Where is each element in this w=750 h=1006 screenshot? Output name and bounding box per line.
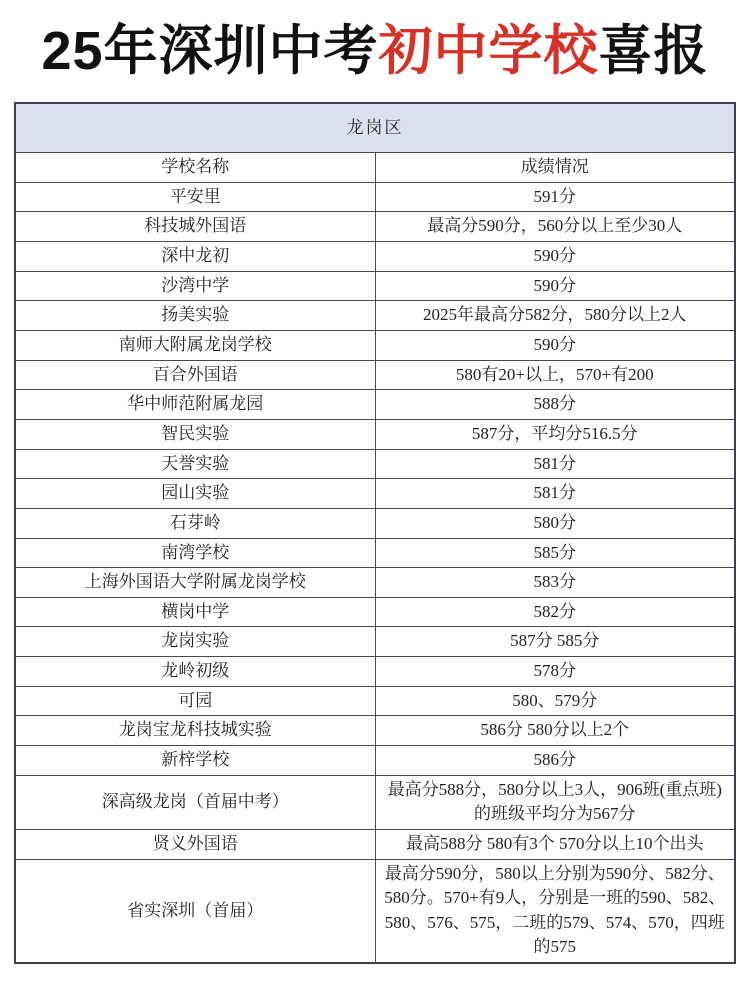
column-header-row: 学校名称 成绩情况 xyxy=(15,153,735,183)
school-name-cell: 可园 xyxy=(15,686,375,716)
score-cell: 590分 xyxy=(375,242,735,272)
title-suffix: 喜报 xyxy=(599,21,709,81)
table-row: 华中师范附属龙园 588分 xyxy=(15,390,735,420)
table-row: 省实深圳（首届） 最高分590分，580以上分别为590分、582分、580分。… xyxy=(15,859,735,963)
school-name-cell: 平安里 xyxy=(15,182,375,212)
school-name-cell: 扬美实验 xyxy=(15,301,375,331)
school-name-cell: 天誉实验 xyxy=(15,449,375,479)
table-row: 龙岗宝龙科技城实验 586分 580分以上2个 xyxy=(15,716,735,746)
column-header-result: 成绩情况 xyxy=(375,153,735,183)
results-table: 龙岗区 学校名称 成绩情况 平安里 591分 科技城外国语 最高分590分，56… xyxy=(14,102,736,964)
table-row: 百合外国语 580有20+以上，570+有200 xyxy=(15,360,735,390)
table-row: 扬美实验 2025年最高分582分，580分以上2人 xyxy=(15,301,735,331)
region-header: 龙岗区 xyxy=(15,103,735,153)
score-cell: 582分 xyxy=(375,597,735,627)
school-name-cell: 龙岭初级 xyxy=(15,657,375,687)
school-name-cell: 华中师范附属龙园 xyxy=(15,390,375,420)
school-name-cell: 智民实验 xyxy=(15,419,375,449)
score-cell: 580有20+以上，570+有200 xyxy=(375,360,735,390)
score-cell: 588分 xyxy=(375,390,735,420)
score-cell: 最高分588分，580分以上3人，906班(重点班)的班级平均分为567分 xyxy=(375,775,735,829)
region-header-row: 龙岗区 xyxy=(15,103,735,153)
score-cell: 580、579分 xyxy=(375,686,735,716)
school-name-cell: 龙岗实验 xyxy=(15,627,375,657)
table-row: 平安里 591分 xyxy=(15,182,735,212)
table-row: 沙湾中学 590分 xyxy=(15,271,735,301)
table-row: 天誉实验 581分 xyxy=(15,449,735,479)
score-cell: 583分 xyxy=(375,568,735,598)
school-name-cell: 上海外国语大学附属龙岗学校 xyxy=(15,568,375,598)
score-cell: 591分 xyxy=(375,182,735,212)
school-name-cell: 百合外国语 xyxy=(15,360,375,390)
school-name-cell: 科技城外国语 xyxy=(15,212,375,242)
table-row: 深中龙初 590分 xyxy=(15,242,735,272)
announcement-page: 25年深圳中考初中学校喜报 龙岗区 学校名称 成绩情况 平安里 591分 科技城… xyxy=(0,0,750,1006)
score-cell: 578分 xyxy=(375,657,735,687)
score-cell: 2025年最高分582分，580分以上2人 xyxy=(375,301,735,331)
title-prefix: 25年深圳中考 xyxy=(41,21,378,81)
score-cell: 585分 xyxy=(375,538,735,568)
table-row: 智民实验 587分，平均分516.5分 xyxy=(15,419,735,449)
table-row: 贤义外国语 最高588分 580有3个 570分以上10个出头 xyxy=(15,829,735,859)
score-cell: 最高分590分，560分以上至少30人 xyxy=(375,212,735,242)
score-cell: 581分 xyxy=(375,449,735,479)
score-cell: 587分，平均分516.5分 xyxy=(375,419,735,449)
table-row: 园山实验 581分 xyxy=(15,479,735,509)
table-row: 石芽岭 580分 xyxy=(15,508,735,538)
score-cell: 586分 xyxy=(375,746,735,776)
column-header-school: 学校名称 xyxy=(15,153,375,183)
school-name-cell: 新梓学校 xyxy=(15,746,375,776)
score-cell: 581分 xyxy=(375,479,735,509)
school-name-cell: 沙湾中学 xyxy=(15,271,375,301)
school-name-cell: 深中龙初 xyxy=(15,242,375,272)
table-row: 横岗中学 582分 xyxy=(15,597,735,627)
table-row: 可园 580、579分 xyxy=(15,686,735,716)
table-row: 新梓学校 586分 xyxy=(15,746,735,776)
school-name-cell: 园山实验 xyxy=(15,479,375,509)
score-cell: 587分 585分 xyxy=(375,627,735,657)
score-cell: 586分 580分以上2个 xyxy=(375,716,735,746)
school-name-cell: 贤义外国语 xyxy=(15,829,375,859)
page-title: 25年深圳中考初中学校喜报 xyxy=(0,10,750,94)
table-row: 科技城外国语 最高分590分，560分以上至少30人 xyxy=(15,212,735,242)
school-name-cell: 深高级龙岗（首届中考） xyxy=(15,775,375,829)
school-name-cell: 南湾学校 xyxy=(15,538,375,568)
score-cell: 590分 xyxy=(375,271,735,301)
school-name-cell: 横岗中学 xyxy=(15,597,375,627)
table-row: 深高级龙岗（首届中考） 最高分588分，580分以上3人，906班(重点班)的班… xyxy=(15,775,735,829)
table-row: 龙岗实验 587分 585分 xyxy=(15,627,735,657)
table-row: 龙岭初级 578分 xyxy=(15,657,735,687)
score-cell: 580分 xyxy=(375,508,735,538)
school-name-cell: 石芽岭 xyxy=(15,508,375,538)
score-cell: 最高分590分，580以上分别为590分、582分、580分。570+有9人，分… xyxy=(375,859,735,963)
school-name-cell: 省实深圳（首届） xyxy=(15,859,375,963)
school-name-cell: 龙岗宝龙科技城实验 xyxy=(15,716,375,746)
title-highlight: 初中学校 xyxy=(379,21,599,81)
results-table-wrapper: 龙岗区 学校名称 成绩情况 平安里 591分 科技城外国语 最高分590分，56… xyxy=(14,102,736,964)
score-cell: 590分 xyxy=(375,331,735,361)
table-row: 南湾学校 585分 xyxy=(15,538,735,568)
school-name-cell: 南师大附属龙岗学校 xyxy=(15,331,375,361)
table-row: 南师大附属龙岗学校 590分 xyxy=(15,331,735,361)
score-cell: 最高588分 580有3个 570分以上10个出头 xyxy=(375,829,735,859)
table-row: 上海外国语大学附属龙岗学校 583分 xyxy=(15,568,735,598)
